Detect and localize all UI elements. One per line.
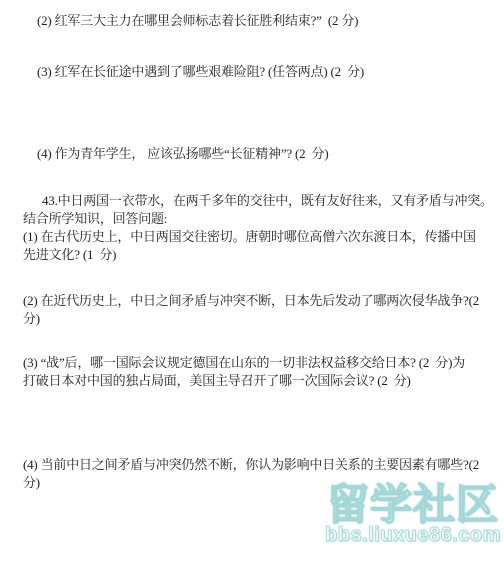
question-text: 结合所学知识，回答问题:	[23, 210, 498, 228]
question-43-part-4: (4) 当前中日之间矛盾与冲突仍然不断，你认为影响中日关系的主要因素有哪些?(2…	[23, 456, 498, 492]
question-text: (3) “战”后，哪一国际会议规定德国在山东的一切非法权益移交给日本? (2 分…	[23, 354, 498, 372]
question-text: (2) 在近代历史上，中日之间矛盾与冲突不断，日本先后发动了哪两次侵华战争?(2	[23, 292, 498, 310]
question-text: (2) 红军三大主力在哪里会师标志着长征胜利结束?” (2 分)	[37, 12, 498, 30]
question-text: (1) 在古代历史上，中日两国交往密切。唐朝时哪位高僧六次东渡日本，传播中国	[23, 228, 498, 246]
question-text: (4) 当前中日之间矛盾与冲突仍然不断，你认为影响中日关系的主要因素有哪些?(2	[23, 456, 498, 474]
watermark-site-url: bbs.liuxue86.com	[322, 525, 504, 545]
question-text: 分)	[23, 310, 498, 328]
exam-page: (2) 红军三大主力在哪里会师标志着长征胜利结束?” (2 分) (3) 红军在…	[0, 0, 504, 562]
question-42-part-3: (3) 红军在长征途中遇到了哪些艰难险阻? (任答两点) (2 分)	[37, 63, 498, 81]
question-43-part-3: (3) “战”后，哪一国际会议规定德国在山东的一切非法权益移交给日本? (2 分…	[23, 354, 498, 390]
question-43-part-2: (2) 在近代历史上，中日之间矛盾与冲突不断，日本先后发动了哪两次侵华战争?(2…	[23, 292, 498, 328]
question-text: (3) 红军在长征途中遇到了哪些艰难险阻? (任答两点) (2 分)	[37, 63, 498, 81]
question-42-part-2: (2) 红军三大主力在哪里会师标志着长征胜利结束?” (2 分)	[37, 12, 498, 30]
question-43-part-1: (1) 在古代历史上，中日两国交往密切。唐朝时哪位高僧六次东渡日本，传播中国 先…	[23, 228, 498, 264]
question-42-part-4: (4) 作为青年学生， 应该弘扬哪些“长征精神”? (2 分)	[37, 145, 498, 163]
question-text: 分)	[23, 474, 498, 492]
question-text: 打破日本对中国的独占局面，美国主导召开了哪一次国际会议? (2 分)	[23, 372, 498, 390]
question-text: 43.中日两国一衣带水，在两千多年的交往中，既有友好往来，又有矛盾与冲突。	[23, 192, 498, 210]
watermark: 留学社区 bbs.liuxue86.com	[322, 483, 504, 545]
question-43-intro: 43.中日两国一衣带水，在两千多年的交往中，既有友好往来，又有矛盾与冲突。 结合…	[23, 192, 498, 228]
question-text: (4) 作为青年学生， 应该弘扬哪些“长征精神”? (2 分)	[37, 145, 498, 163]
question-text: 先进文化? (1 分)	[23, 246, 498, 264]
